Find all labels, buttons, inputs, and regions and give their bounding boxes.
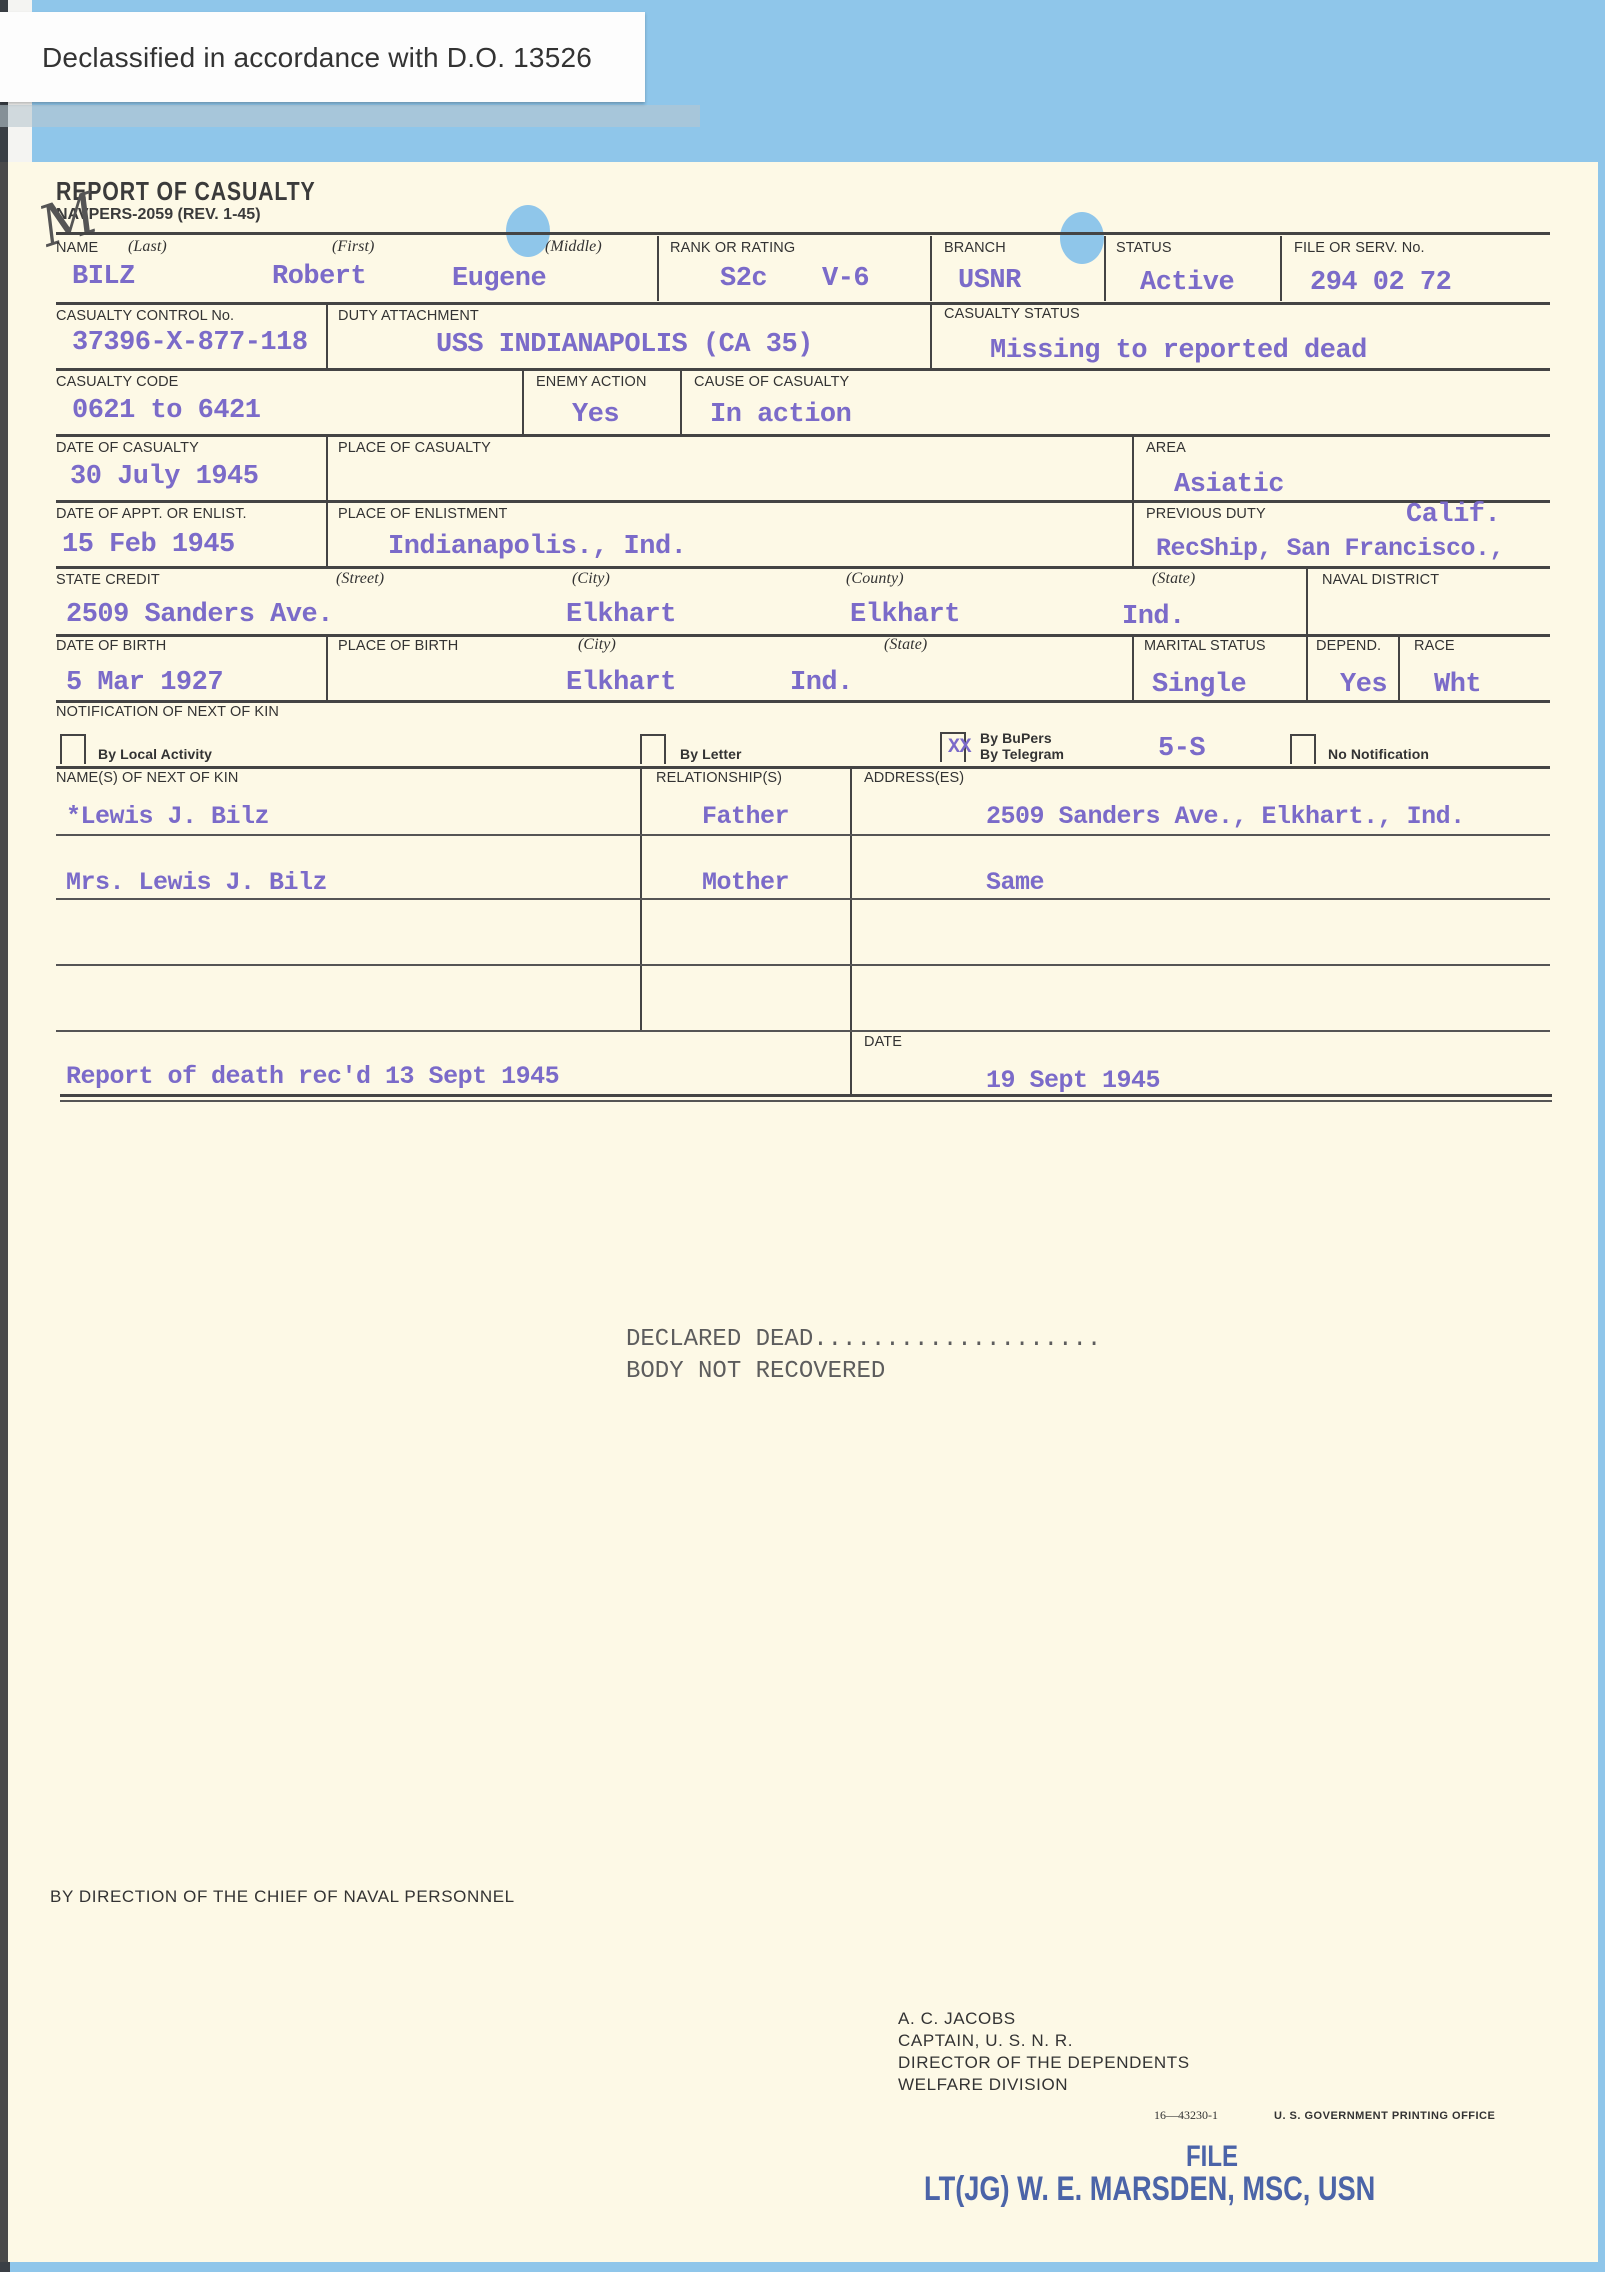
declassification-text: Declassified in accordance with D.O. 135… [42, 42, 592, 74]
value-date-enlist: 15 Feb 1945 [62, 530, 235, 560]
rule [60, 1100, 1552, 1102]
value-previous-duty-2: RecShip, San Francisco., [1156, 534, 1504, 563]
label-pob-city: (City) [578, 636, 616, 654]
nok-name: *Lewis J. Bilz [66, 802, 269, 831]
label-pob-state: (State) [884, 636, 927, 654]
rule [56, 700, 1550, 703]
value-telegram-code: 5-S [1158, 734, 1205, 764]
label-last: (Last) [128, 238, 167, 256]
label-by-letter: By Letter [680, 746, 742, 762]
rule [56, 368, 1550, 371]
value-race: Wht [1434, 670, 1481, 700]
value-previous-duty-1: Calif. [1406, 500, 1500, 530]
nok-name: Mrs. Lewis J. Bilz [66, 868, 327, 897]
value-casualty-status: Missing to reported dead [990, 336, 1367, 366]
label-area: AREA [1146, 440, 1186, 456]
label-control-no: CASUALTY CONTROL No. [56, 308, 234, 324]
label-middle: (Middle) [545, 238, 602, 256]
rule [56, 232, 1550, 235]
divider [930, 304, 932, 368]
value-street: 2509 Sanders Ave. [66, 600, 333, 630]
value-state: Ind. [1122, 602, 1185, 632]
value-pob-city: Elkhart [566, 668, 676, 698]
direction-line: BY DIRECTION OF THE CHIEF OF NAVAL PERSO… [50, 1886, 515, 1908]
label-street: (Street) [336, 570, 384, 588]
label-date-enlist: DATE OF APPT. OR ENLIST. [56, 506, 247, 522]
label-city: (City) [572, 570, 610, 588]
divider [850, 768, 852, 1094]
label-cause: CAUSE OF CASUALTY [694, 374, 849, 390]
label-no-notification: No Notification [1328, 746, 1429, 762]
label-casualty-status: CASUALTY STATUS [944, 306, 1080, 322]
label-state-credit: STATE CREDIT [56, 572, 160, 588]
label-by-bupers: By BuPers [980, 730, 1052, 746]
value-last-name: BILZ [72, 262, 135, 292]
label-status: STATUS [1116, 240, 1172, 256]
divider [657, 236, 659, 301]
value-first-name: Robert [272, 262, 366, 292]
value-depend: Yes [1340, 670, 1387, 700]
label-pob: PLACE OF BIRTH [338, 638, 458, 654]
divider [1132, 636, 1134, 702]
rule [56, 766, 1550, 769]
nok-address: 2509 Sanders Ave., Elkhart., Ind. [986, 802, 1465, 831]
rule [56, 302, 1550, 305]
label-naval-district: NAVAL DISTRICT [1322, 572, 1439, 588]
label-enemy-action: ENEMY ACTION [536, 374, 647, 390]
body-not-recovered-text: BODY NOT RECOVERED [626, 1358, 885, 1385]
divider [1104, 236, 1106, 301]
nok-relationship: Mother [702, 868, 789, 897]
rule [56, 500, 1550, 503]
divider [680, 370, 682, 434]
value-area: Asiatic [1174, 470, 1284, 500]
divider [326, 304, 328, 368]
value-enemy-action: Yes [572, 400, 619, 430]
value-cause: In action [710, 400, 851, 430]
value-date-casualty: 30 July 1945 [70, 462, 258, 492]
value-rank: S2c [720, 264, 767, 294]
signer-name: A. C. JACOBS [898, 2008, 1016, 2030]
label-previous-duty: PREVIOUS DUTY [1146, 506, 1266, 522]
file-officer-stamp: LT(JG) W. E. MARSDEN, MSC, USN [924, 2170, 1375, 2209]
value-status: Active [1140, 268, 1234, 298]
label-dob: DATE OF BIRTH [56, 638, 166, 654]
label-branch: BRANCH [944, 240, 1006, 256]
checkbox-by-letter[interactable] [640, 734, 666, 764]
label-depend: DEPEND. [1316, 638, 1381, 654]
value-remarks-date: 19 Sept 1945 [986, 1066, 1160, 1095]
signer-title-2: WELFARE DIVISION [898, 2074, 1068, 2096]
form-title: REPORT OF CASUALTY [56, 176, 316, 207]
value-county: Elkhart [850, 600, 960, 630]
value-branch: USNR [958, 266, 1021, 296]
value-casualty-code: 0621 to 6421 [72, 396, 260, 426]
label-name: NAME [56, 240, 98, 256]
divider [1132, 436, 1134, 502]
label-notification: NOTIFICATION OF NEXT OF KIN [56, 704, 279, 720]
label-state: (State) [1152, 570, 1195, 588]
label-place-enlist: PLACE OF ENLISTMENT [338, 506, 508, 522]
value-marital: Single [1152, 670, 1246, 700]
value-remarks: Report of death rec'd 13 Sept 1945 [66, 1062, 559, 1091]
rule [56, 964, 1550, 966]
label-relationship: RELATIONSHIP(S) [656, 770, 782, 786]
label-addresses: ADDRESS(ES) [864, 770, 964, 786]
label-casualty-code: CASUALTY CODE [56, 374, 178, 390]
divider [1306, 568, 1308, 634]
rule [56, 634, 1550, 637]
rule [60, 1094, 1552, 1097]
value-file-no: 294 02 72 [1310, 268, 1451, 298]
rule [56, 1030, 1550, 1032]
signer-rank: CAPTAIN, U. S. N. R. [898, 2030, 1073, 2052]
declared-dead-text: DECLARED DEAD.................... [626, 1326, 1101, 1353]
value-control-no: 37396-X-877-118 [72, 328, 308, 358]
divider [1132, 502, 1134, 566]
checkbox-no-notification[interactable] [1290, 734, 1316, 764]
signer-title-1: DIRECTOR OF THE DEPENDENTS [898, 2052, 1190, 2074]
label-race: RACE [1414, 638, 1455, 654]
label-place-casualty: PLACE OF CASUALTY [338, 440, 491, 456]
label-first: (First) [332, 238, 374, 256]
divider [522, 370, 524, 434]
value-pob-state: Ind. [790, 668, 853, 698]
value-city: Elkhart [566, 600, 676, 630]
label-by-local: By Local Activity [98, 746, 212, 762]
divider [326, 502, 328, 566]
rule [56, 834, 1550, 836]
value-dob: 5 Mar 1927 [66, 668, 223, 698]
punch-hole-left [506, 205, 550, 257]
value-middle-name: Eugene [452, 264, 546, 294]
divider [326, 636, 328, 702]
label-date-casualty: DATE OF CASUALTY [56, 440, 199, 456]
divider [1280, 236, 1282, 301]
nok-address: Same [986, 868, 1044, 897]
label-by-telegram: By Telegram [980, 746, 1064, 762]
tape-strip [0, 105, 700, 127]
printer-name: U. S. GOVERNMENT PRINTING OFFICE [1274, 2110, 1495, 2122]
divider [1398, 636, 1400, 702]
nok-relationship: Father [702, 802, 789, 831]
label-nok-names: NAME(S) OF NEXT OF KIN [56, 770, 238, 786]
value-duty: USS INDIANAPOLIS (CA 35) [436, 330, 813, 360]
label-date: DATE [864, 1034, 902, 1050]
value-rank-class: V-6 [822, 264, 869, 294]
rule [56, 434, 1550, 437]
label-county: (County) [846, 570, 904, 588]
checkbox-local-activity[interactable] [60, 734, 86, 764]
rule [56, 566, 1550, 569]
label-marital: MARITAL STATUS [1144, 638, 1266, 654]
print-code: 16—43230-1 [1154, 2108, 1218, 2123]
divider [1306, 636, 1308, 702]
file-stamp: FILE [1186, 2140, 1238, 2174]
declassification-label: Declassified in accordance with D.O. 135… [0, 12, 645, 102]
value-place-enlist: Indianapolis., Ind. [388, 532, 686, 562]
telegram-check-mark: XX [948, 736, 971, 759]
label-file-no: FILE OR SERV. No. [1294, 240, 1425, 256]
punch-hole-right [1060, 212, 1104, 264]
label-duty: DUTY ATTACHMENT [338, 308, 479, 324]
rule [56, 898, 1550, 900]
label-rank: RANK OR RATING [670, 240, 795, 256]
divider [930, 236, 932, 301]
divider [326, 436, 328, 502]
